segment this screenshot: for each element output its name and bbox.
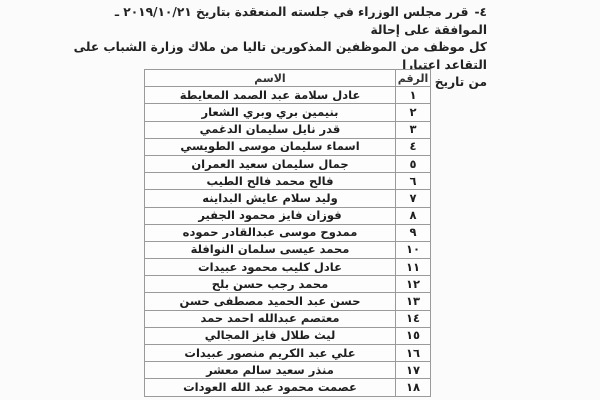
row-number: ٩ [396, 224, 431, 241]
paragraph-line-1-text: قرر مجلس الوزراء في جلسته المنعقدة بتاري… [115, 5, 487, 37]
table-header-row: الرقم الاسم [145, 70, 431, 87]
row-number: ٥ [396, 155, 431, 172]
row-name: قدر نايل سليمان الدغمي [145, 121, 396, 138]
row-name: منذر سعيد سالم معشر [145, 362, 396, 379]
table-row: ١١عادل كليب محمود عبيدات [145, 259, 431, 276]
table-row: ١٤معتصم عبدالله احمد حمد [145, 310, 431, 327]
table-row: ١٣حسن عبد الحميد مصطفى حسن [145, 293, 431, 310]
row-number: ٣ [396, 121, 431, 138]
row-number: ١١ [396, 259, 431, 276]
table-row: ١٢محمد رجب حسن بلح [145, 276, 431, 293]
table-row: ١٧منذر سعيد سالم معشر [145, 362, 431, 379]
row-number: ١٥ [396, 327, 431, 344]
row-number: ١٨ [396, 379, 431, 396]
table-row: ٦فالح محمد فالح الطيب [145, 173, 431, 190]
row-number: ٦ [396, 173, 431, 190]
table-row: ٢بنيمين بري وبري الشعار [145, 104, 431, 121]
row-name: عصمت محمود عبد الله العودات [145, 379, 396, 396]
table-row: ١٥ليث طلال فايز المجالي [145, 327, 431, 344]
row-name: معتصم عبدالله احمد حمد [145, 310, 396, 327]
row-number: ١٦ [396, 345, 431, 362]
row-name: اسماء سليمان موسى الطويسي [145, 138, 396, 155]
table-row: ١٠محمد عيسى سلمان النوافلة [145, 241, 431, 258]
row-name: جمال سليمان سعيد العمران [145, 155, 396, 172]
table-row: ٤اسماء سليمان موسى الطويسي [145, 138, 431, 155]
table-row: ٩ممدوح موسى عبدالقادر حموده [145, 224, 431, 241]
row-name: ممدوح موسى عبدالقادر حموده [145, 224, 396, 241]
table-row: ٥جمال سليمان سعيد العمران [145, 155, 431, 172]
row-name: علي عبد الكريم منصور عبيدات [145, 345, 396, 362]
row-name: حسن عبد الحميد مصطفى حسن [145, 293, 396, 310]
item-number: ٤- [474, 5, 487, 19]
row-name: محمد رجب حسن بلح [145, 276, 396, 293]
header-number: الرقم [396, 70, 431, 87]
row-number: ٨ [396, 207, 431, 224]
row-number: ١٤ [396, 310, 431, 327]
row-name: عادل كليب محمود عبيدات [145, 259, 396, 276]
row-name: محمد عيسى سلمان النوافلة [145, 241, 396, 258]
row-number: ١٧ [396, 362, 431, 379]
header-name: الاسم [145, 70, 396, 87]
table-row: ١٨عصمت محمود عبد الله العودات [145, 379, 431, 396]
row-number: ٢ [396, 104, 431, 121]
retirees-table: الرقم الاسم ١عادل سلامة عبد الصمد المعاي… [144, 69, 431, 397]
row-number: ١٣ [396, 293, 431, 310]
table-row: ٣قدر نايل سليمان الدغمي [145, 121, 431, 138]
paragraph-line-1: ٤-قرر مجلس الوزراء في جلسته المنعقدة بتا… [67, 4, 487, 39]
row-name: بنيمين بري وبري الشعار [145, 104, 396, 121]
table-row: ٧وليد سلام عايش البداينه [145, 190, 431, 207]
row-number: ١ [396, 87, 431, 104]
row-name: وليد سلام عايش البداينه [145, 190, 396, 207]
row-name: ليث طلال فايز المجالي [145, 327, 396, 344]
table-row: ١عادل سلامة عبد الصمد المعايطة [145, 87, 431, 104]
row-number: ٧ [396, 190, 431, 207]
row-name: عادل سلامة عبد الصمد المعايطة [145, 87, 396, 104]
row-name: فوزان فايز محمود الجفير [145, 207, 396, 224]
row-number: ٤ [396, 138, 431, 155]
row-number: ١٠ [396, 241, 431, 258]
row-name: فالح محمد فالح الطيب [145, 173, 396, 190]
row-number: ١٢ [396, 276, 431, 293]
table-row: ٨فوزان فايز محمود الجفير [145, 207, 431, 224]
table-row: ١٦علي عبد الكريم منصور عبيدات [145, 345, 431, 362]
